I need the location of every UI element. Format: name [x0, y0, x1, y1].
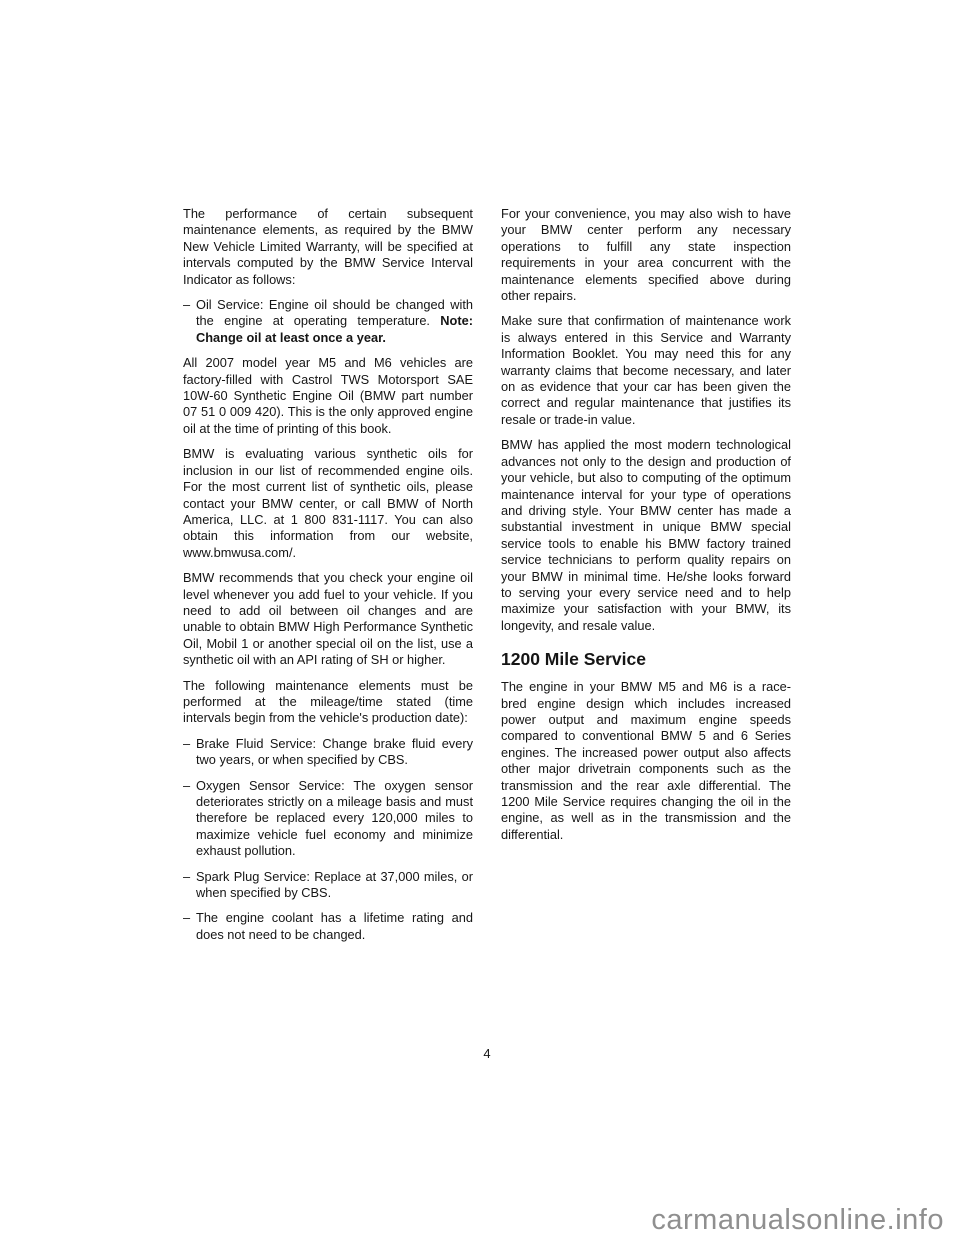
left-column: The performance of certain subsequent ma…	[183, 206, 473, 952]
list-item-oil-service: – Oil Service: Engine oil should be chan…	[183, 297, 473, 346]
list-item-spark-plug: – Spark Plug Service: Replace at 37,000 …	[183, 869, 473, 902]
list-marker: –	[183, 297, 196, 346]
list-item-text: The engine coolant has a lifetime rating…	[196, 910, 473, 943]
list-item-engine-coolant: – The engine coolant has a lifetime rati…	[183, 910, 473, 943]
paragraph-factory-fill-oil: All 2007 model year M5 and M6 vehicles a…	[183, 355, 473, 437]
right-column: For your convenience, you may also wish …	[501, 206, 791, 952]
manual-page-body: The performance of certain subsequent ma…	[183, 206, 791, 952]
list-marker: –	[183, 869, 196, 902]
watermark: carmanualsonline.info	[651, 1204, 944, 1237]
list-item-text: Oxygen Sensor Service: The oxygen sensor…	[196, 778, 473, 860]
list-item-text: Brake Fluid Service: Change brake fluid …	[196, 736, 473, 769]
paragraph-check-oil-level: BMW recommends that you check your engin…	[183, 570, 473, 668]
list-item-text: Oil Service: Engine oil should be change…	[196, 297, 473, 328]
list-marker: –	[183, 778, 196, 860]
list-item-brake-fluid: – Brake Fluid Service: Change brake flui…	[183, 736, 473, 769]
section-heading-1200-mile-service: 1200 Mile Service	[501, 649, 791, 669]
list-item-text: Spark Plug Service: Replace at 37,000 mi…	[196, 869, 473, 902]
list-marker: –	[183, 736, 196, 769]
list-marker: –	[183, 910, 196, 943]
page-number: 4	[183, 1046, 791, 1061]
paragraph-1200-mile-service-details: The engine in your BMW M5 and M6 is a ra…	[501, 679, 791, 843]
list-item-oxygen-sensor: – Oxygen Sensor Service: The oxygen sens…	[183, 778, 473, 860]
paragraph-modern-technology: BMW has applied the most modern technolo…	[501, 437, 791, 634]
paragraph-service-interval-intro: The performance of certain subsequent ma…	[183, 206, 473, 288]
paragraph-confirmation-of-maintenance: Make sure that confirmation of maintenan…	[501, 313, 791, 428]
paragraph-maintenance-elements-intro: The following maintenance elements must …	[183, 678, 473, 727]
paragraph-state-inspection: For your convenience, you may also wish …	[501, 206, 791, 304]
paragraph-synthetic-oils-evaluation: BMW is evaluating various synthetic oils…	[183, 446, 473, 561]
